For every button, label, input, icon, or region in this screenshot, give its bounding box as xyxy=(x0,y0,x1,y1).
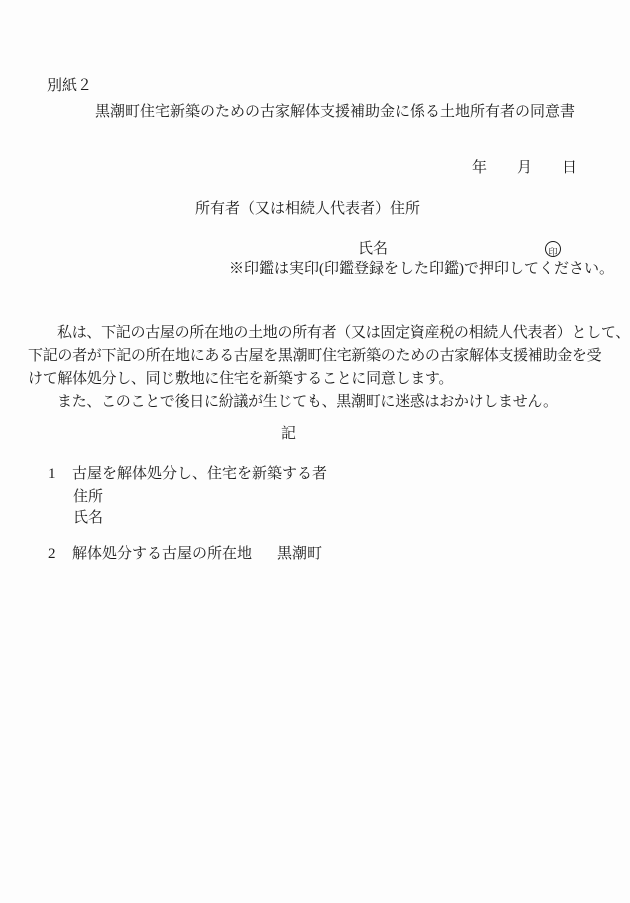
list-sub-row: 住所 xyxy=(0,487,630,507)
document-title: 黒潮町住宅新築のための古家解体支援補助金に係る土地所有者の同意書 xyxy=(95,102,575,122)
body-line: 下記の者が下記の所在地にある古屋を黒潮町住宅新築のための古家解体支援補助金を受 xyxy=(28,345,613,368)
owner-address-label: 所有者（又は相続人代表者）住所 xyxy=(195,199,420,219)
item-number: 2 xyxy=(48,544,56,564)
list-item: 2 解体処分する古屋の所在地 黒潮町 xyxy=(0,544,630,564)
name-row: 氏名 印 xyxy=(0,239,630,259)
item-text: 解体処分する古屋の所在地 xyxy=(72,544,252,564)
sub-label-address: 住所 xyxy=(73,487,103,507)
consent-body: 私は、下記の古屋の所在地の土地の所有者（又は固定資産税の相続人代表者）として、 … xyxy=(28,322,613,414)
body-line: また、このことで後日に紛議が生じても、黒潮町に迷惑はおかけしません。 xyxy=(28,391,613,414)
sub-label-name: 氏名 xyxy=(73,508,103,528)
body-line: けて解体処分し、同じ敷地に住宅を新築することに同意します。 xyxy=(28,368,613,391)
list-item: 1 古屋を解体処分し、住宅を新築する者 xyxy=(0,464,630,484)
seal-stamp-icon: 印 xyxy=(545,241,561,257)
item-value: 黒潮町 xyxy=(277,544,322,564)
seal-note: ※印鑑は実印(印鑑登録をした印鑑)で押印してください。 xyxy=(229,259,614,279)
list-heading: 記 xyxy=(281,424,296,444)
consent-form-page: 別紙２ 黒潮町住宅新築のための古家解体支援補助金に係る土地所有者の同意書 年 月… xyxy=(0,0,630,903)
name-label: 氏名 xyxy=(358,239,388,259)
list-sub-row: 氏名 xyxy=(0,508,630,528)
body-line: 私は、下記の古屋の所在地の土地の所有者（又は固定資産税の相続人代表者）として、 xyxy=(28,322,613,345)
attachment-label: 別紙２ xyxy=(47,76,92,96)
item-number: 1 xyxy=(48,464,56,484)
date-line: 年 月 日 xyxy=(472,158,577,178)
item-text: 古屋を解体処分し、住宅を新築する者 xyxy=(72,464,327,484)
